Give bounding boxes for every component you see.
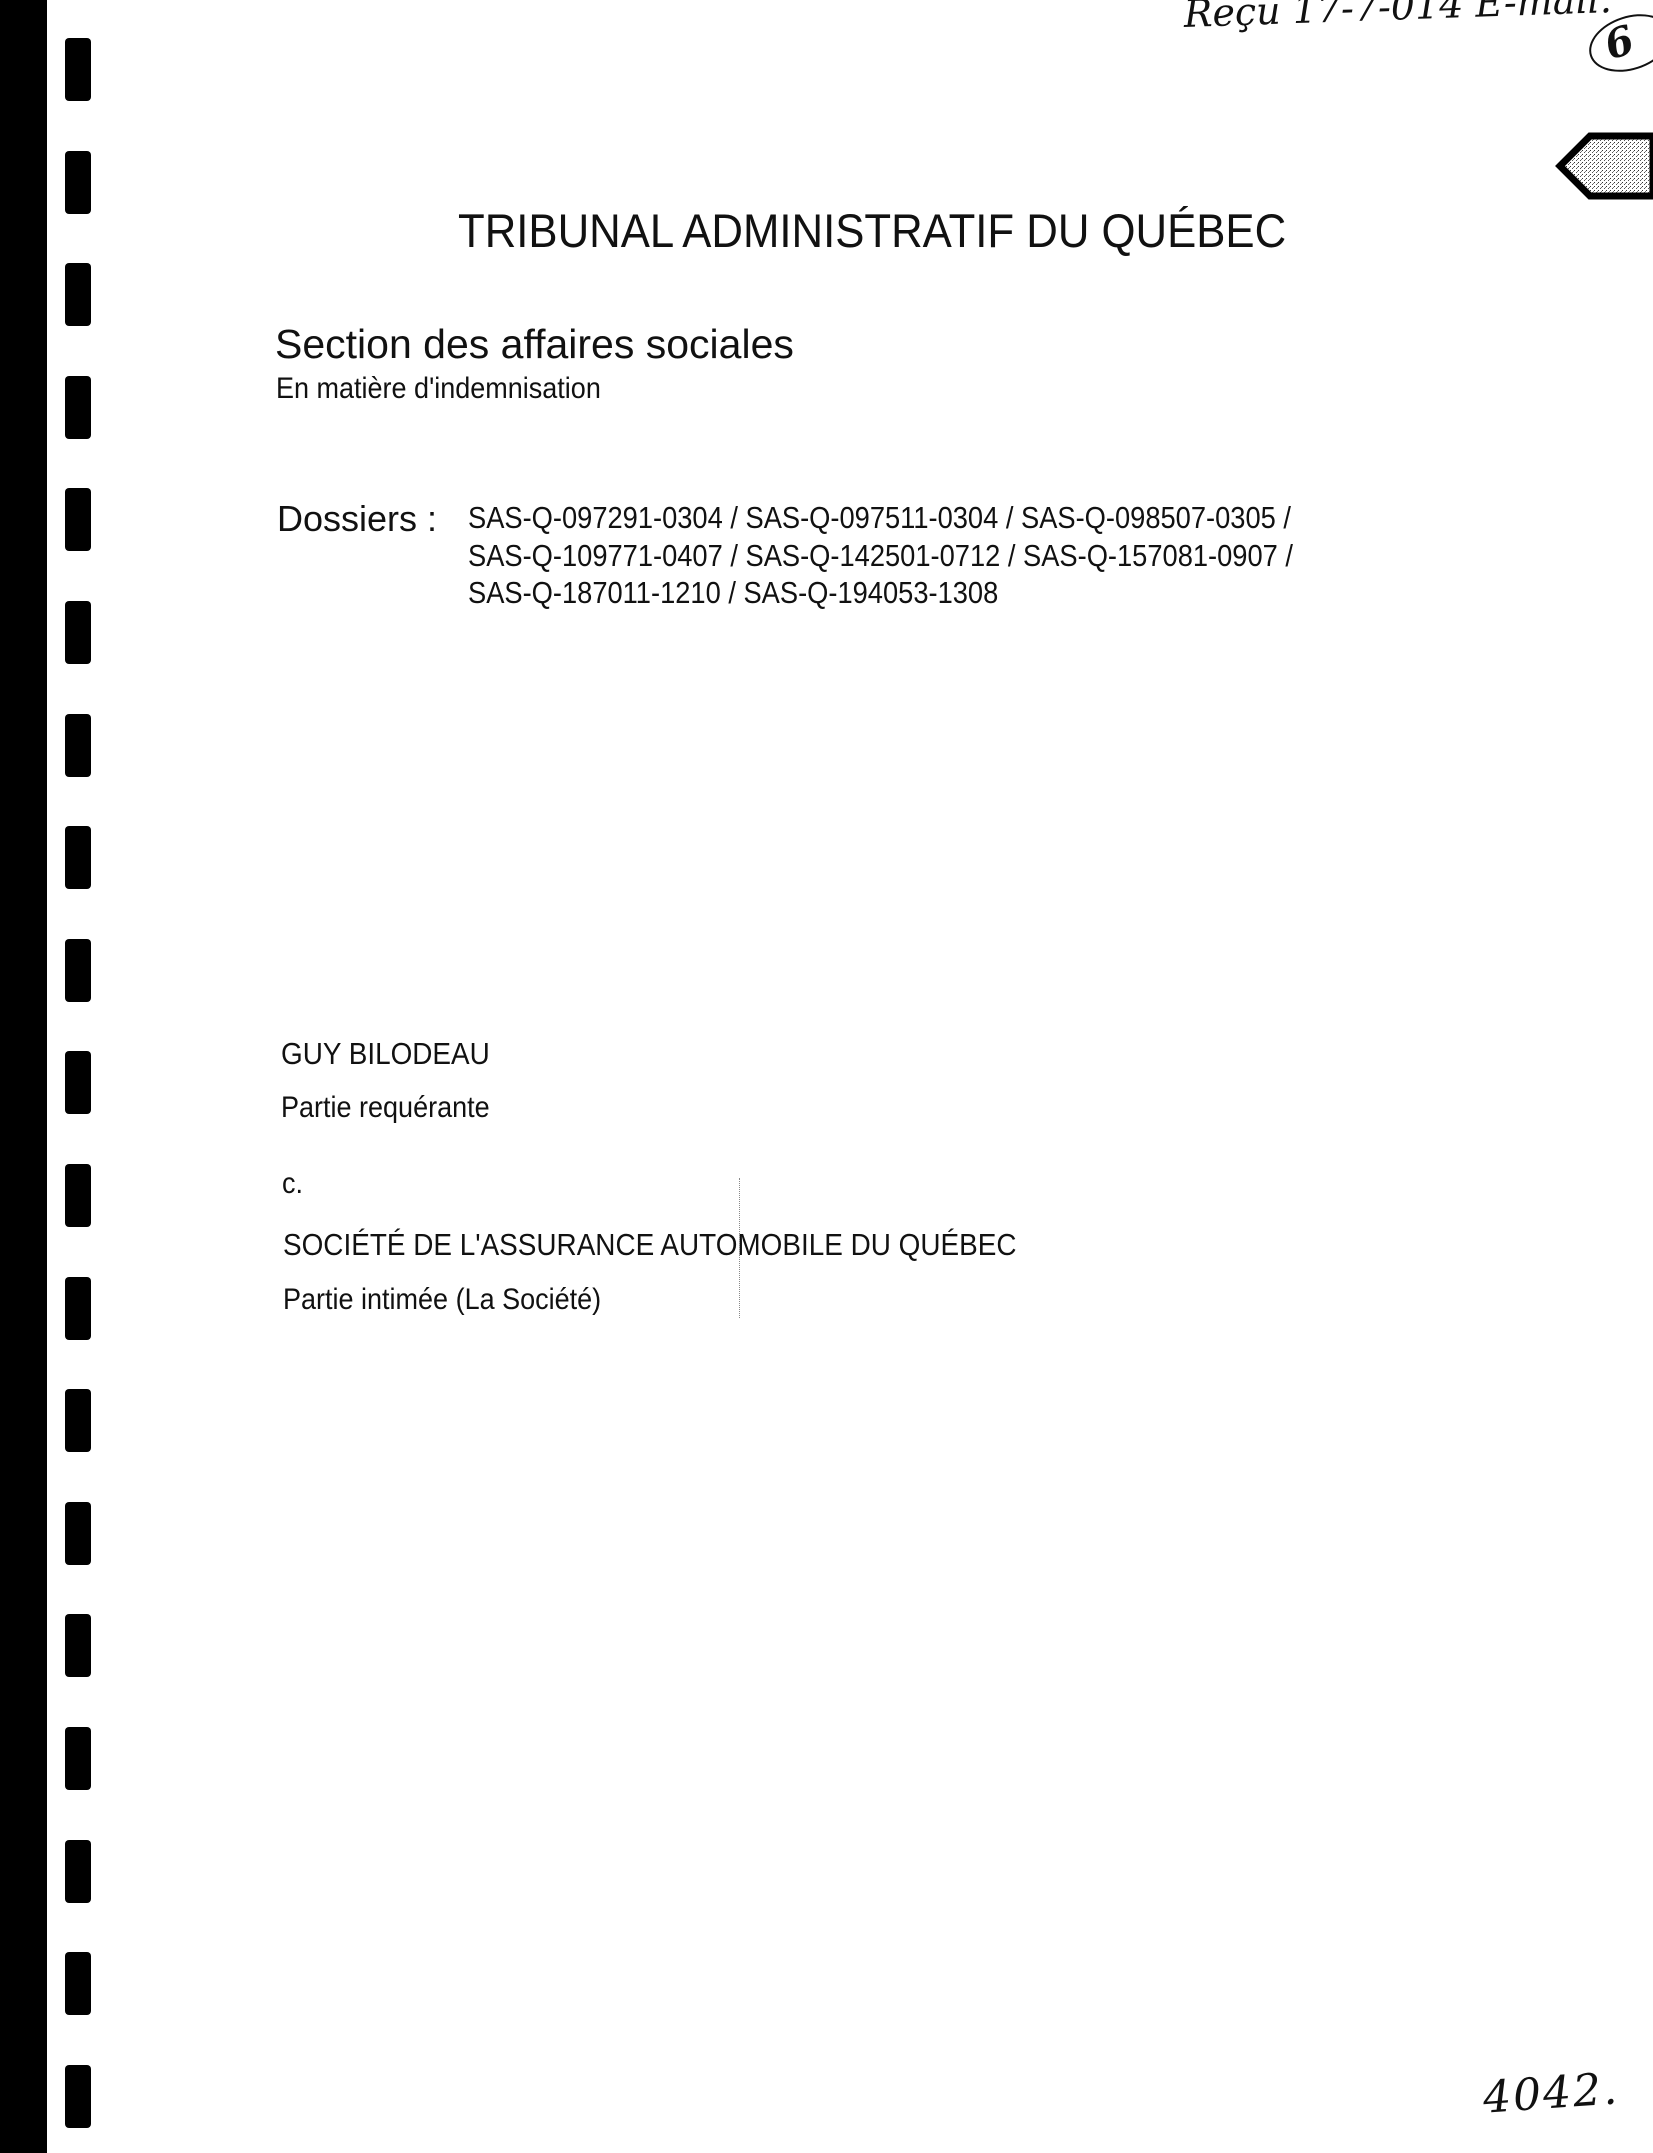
punch-hole — [65, 151, 91, 214]
versus-label: c. — [282, 1167, 303, 1201]
dossier-line-1: SAS-Q-097291-0304 / SAS-Q-097511-0304 / … — [468, 500, 1291, 536]
punch-hole — [65, 1051, 91, 1114]
punch-hole — [65, 488, 91, 551]
punch-hole — [65, 2065, 91, 2128]
respondent-role: Partie intimée (La Société) — [283, 1283, 601, 1317]
punch-hole — [65, 1389, 91, 1452]
binding-strip — [0, 0, 47, 2153]
punch-hole — [65, 1614, 91, 1677]
section-title: Section des affaires sociales — [275, 321, 794, 368]
punch-hole — [65, 38, 91, 101]
respondent-name: SOCIÉTÉ DE L'ASSURANCE AUTOMOBILE DU QUÉ… — [283, 1227, 1016, 1263]
punch-hole — [65, 1502, 91, 1565]
handwritten-page-number: 4042. — [1481, 2063, 1620, 2123]
dossiers-label: Dossiers : — [277, 498, 437, 540]
scan-artifact-dots — [739, 1178, 740, 1318]
tab-marker-icon — [1550, 130, 1653, 202]
punch-hole — [65, 1727, 91, 1790]
punch-hole — [65, 376, 91, 439]
punch-hole — [65, 1952, 91, 2015]
punch-hole — [65, 1277, 91, 1340]
tribunal-title: TRIBUNAL ADMINISTRATIF DU QUÉBEC — [458, 203, 1286, 258]
punch-hole — [65, 714, 91, 777]
dossier-line-3: SAS-Q-187011-1210 / SAS-Q-194053-1308 — [468, 575, 998, 611]
punch-hole — [65, 1840, 91, 1903]
dossier-line-2: SAS-Q-109771-0407 / SAS-Q-142501-0712 / … — [468, 538, 1293, 574]
punch-hole — [65, 263, 91, 326]
punch-hole — [65, 601, 91, 664]
handwritten-received-note: Reçu 17-7-014 E-mail. — [1183, 0, 1612, 36]
applicant-role: Partie requérante — [281, 1091, 490, 1125]
punch-hole — [65, 1164, 91, 1227]
punch-hole — [65, 939, 91, 1002]
punch-hole — [65, 826, 91, 889]
circled-number-text: 6 — [1599, 16, 1640, 69]
subsection-title: En matière d'indemnisation — [276, 372, 601, 406]
applicant-name: GUY BILODEAU — [281, 1036, 490, 1072]
